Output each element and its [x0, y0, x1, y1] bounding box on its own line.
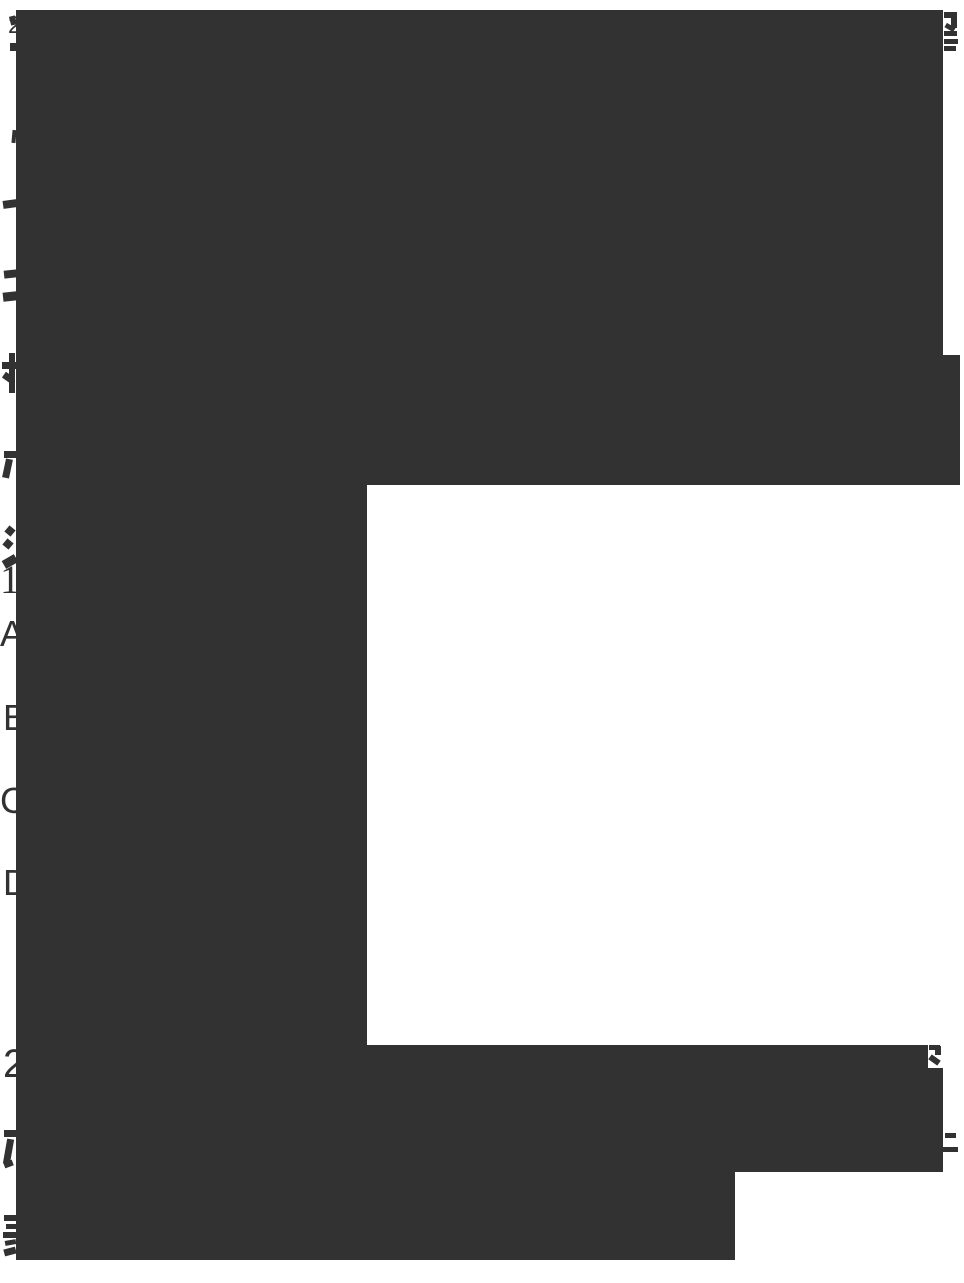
text-fragment-layer: 2ABCD12: [0, 0, 964, 1283]
line1-leading-digit-fragment-glyph: 2: [8, 16, 17, 36]
option-a-letter-fragment: A: [0, 616, 17, 656]
question-number-digit-fragment: 2: [3, 1044, 17, 1086]
line1-leading-digit-fragment: 2: [8, 16, 17, 36]
numeral-one-fragment: 1: [2, 560, 17, 606]
option-b-letter-fragment-glyph: B: [3, 700, 17, 736]
option-b-letter-fragment: B: [3, 700, 17, 738]
question-number-digit-fragment-glyph: 2: [3, 1044, 17, 1084]
numeral-one-fragment-glyph: 1: [2, 560, 17, 600]
option-d-letter-fragment-glyph: D: [3, 865, 17, 901]
option-c-letter-fragment-glyph: C: [0, 783, 17, 819]
document-page: 2ABCD12: [0, 0, 964, 1283]
option-d-letter-fragment: D: [3, 865, 17, 905]
option-a-letter-fragment-glyph: A: [0, 616, 17, 652]
option-c-letter-fragment: C: [0, 783, 17, 823]
